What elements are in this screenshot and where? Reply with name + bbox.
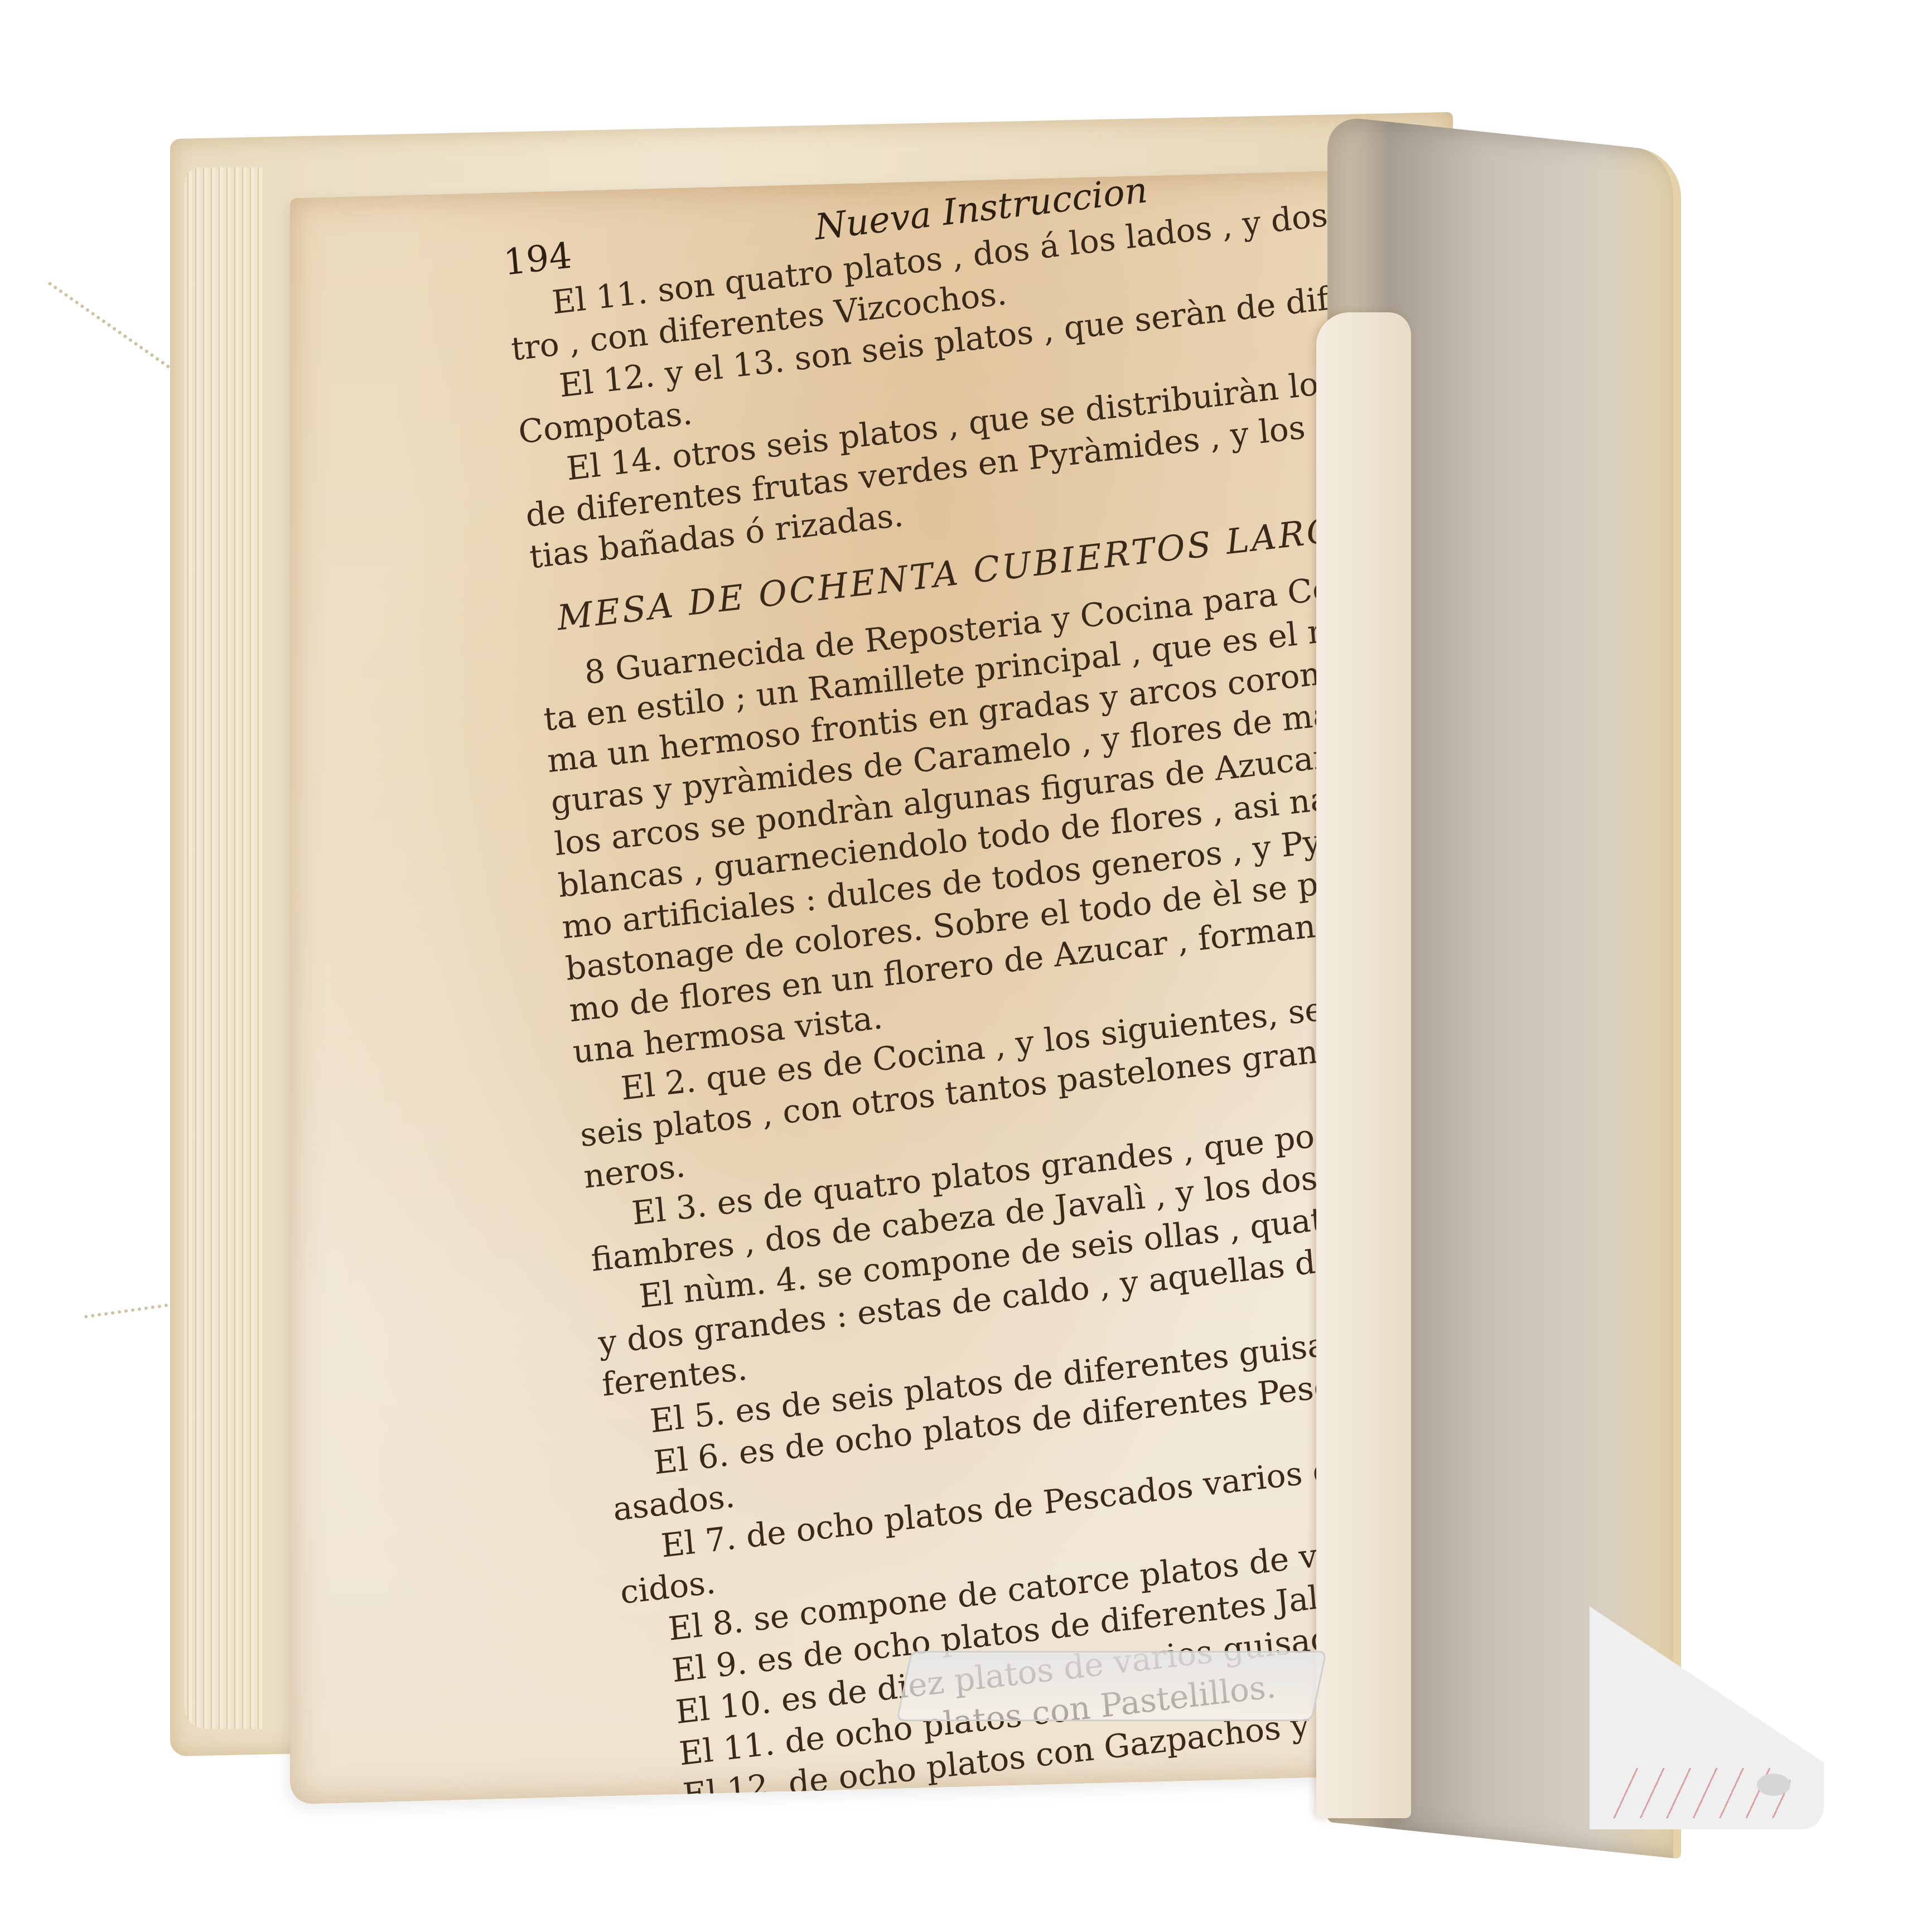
photo-scene: 194 Nueva Instruccion El 11. son quatro … (0, 0, 1932, 1932)
ruler-hole (1757, 1774, 1790, 1796)
scale-ruler-card (1590, 1606, 1824, 1829)
text-page: 194 Nueva Instruccion El 11. son quatro … (290, 170, 1366, 1805)
flyleaf (1316, 312, 1411, 1818)
acrylic-stand (896, 1651, 1327, 1721)
binding-twine (47, 282, 186, 380)
page-edges (184, 167, 262, 1729)
page-text-block: 194 Nueva Instruccion El 11. son quatro … (502, 170, 1366, 1805)
